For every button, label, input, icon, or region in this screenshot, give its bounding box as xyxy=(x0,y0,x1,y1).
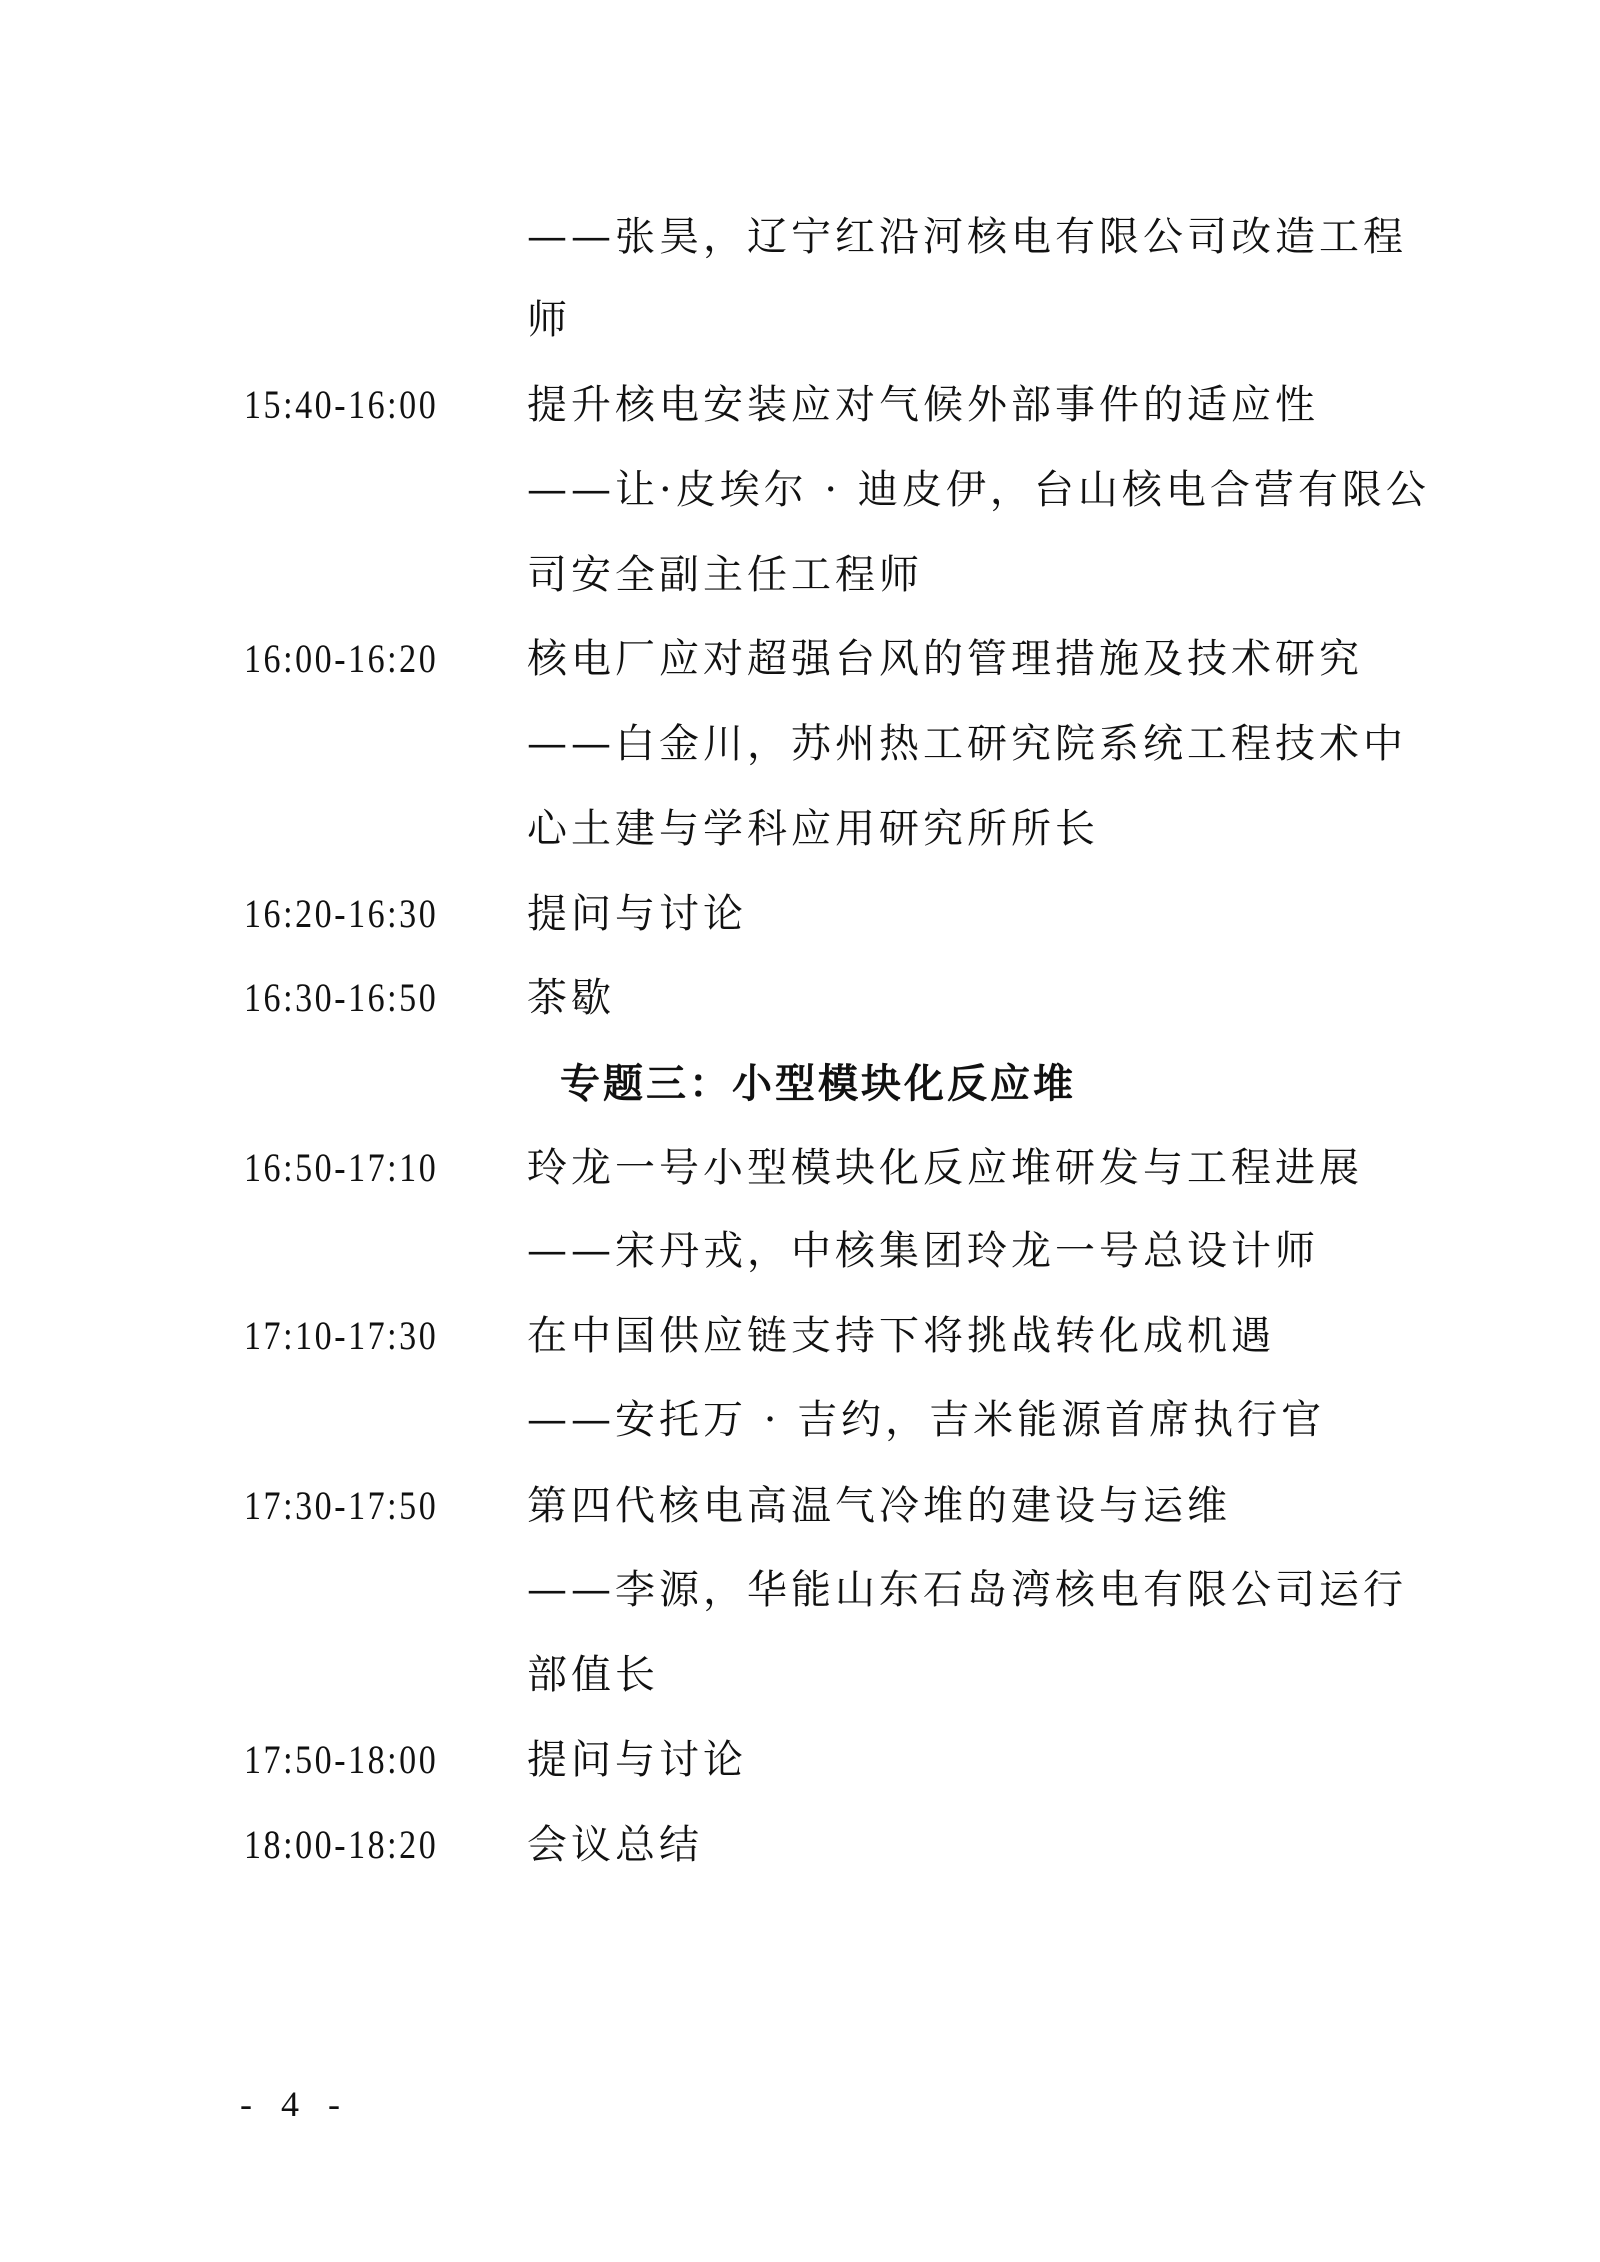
speaker-line: ——安托万 · 吉约，吉米能源首席执行官 xyxy=(527,1392,1325,1448)
speaker-line: ——让·皮埃尔 · 迪皮伊，台山核电合营有限公 xyxy=(527,462,1430,518)
agenda-time: 17:30-17:50 xyxy=(244,1478,438,1534)
speaker-line: 师 xyxy=(527,292,571,348)
talk-title: 提升核电安装应对气候外部事件的适应性 xyxy=(527,377,1319,433)
agenda-time: 16:50-17:10 xyxy=(244,1140,438,1196)
agenda-time: 18:00-18:20 xyxy=(244,1817,438,1873)
speaker-line: 部值长 xyxy=(527,1647,659,1703)
agenda-time: 16:00-16:20 xyxy=(244,631,438,687)
talk-title: 第四代核电高温气冷堆的建设与运维 xyxy=(527,1478,1231,1534)
talk-title: 会议总结 xyxy=(527,1817,703,1873)
speaker-line: 司安全副主任工程师 xyxy=(527,547,923,603)
page-number: - 4 - xyxy=(240,2080,350,2128)
talk-title: 茶歇 xyxy=(527,970,615,1026)
talk-title: 提问与讨论 xyxy=(527,886,747,942)
speaker-line: ——白金川，苏州热工研究院系统工程技术中 xyxy=(527,716,1407,772)
talk-title: 提问与讨论 xyxy=(527,1732,747,1788)
speaker-line: ——宋丹戎，中核集团玲龙一号总设计师 xyxy=(527,1223,1319,1279)
agenda-time: 17:10-17:30 xyxy=(244,1308,438,1364)
section-heading: 专题三：小型模块化反应堆 xyxy=(560,1056,1076,1112)
agenda-time: 17:50-18:00 xyxy=(244,1732,438,1788)
agenda-time: 16:20-16:30 xyxy=(244,886,438,942)
speaker-line: 心土建与学科应用研究所所长 xyxy=(527,801,1099,857)
speaker-line: ——李源，华能山东石岛湾核电有限公司运行 xyxy=(527,1562,1407,1618)
speaker-line: ——张昊，辽宁红沿河核电有限公司改造工程 xyxy=(527,209,1407,265)
talk-title: 玲龙一号小型模块化反应堆研发与工程进展 xyxy=(527,1140,1363,1196)
talk-title: 在中国供应链支持下将挑战转化成机遇 xyxy=(527,1308,1275,1364)
talk-title: 核电厂应对超强台风的管理措施及技术研究 xyxy=(527,631,1363,687)
agenda-time: 15:40-16:00 xyxy=(244,377,438,433)
agenda-time: 16:30-16:50 xyxy=(244,970,438,1026)
